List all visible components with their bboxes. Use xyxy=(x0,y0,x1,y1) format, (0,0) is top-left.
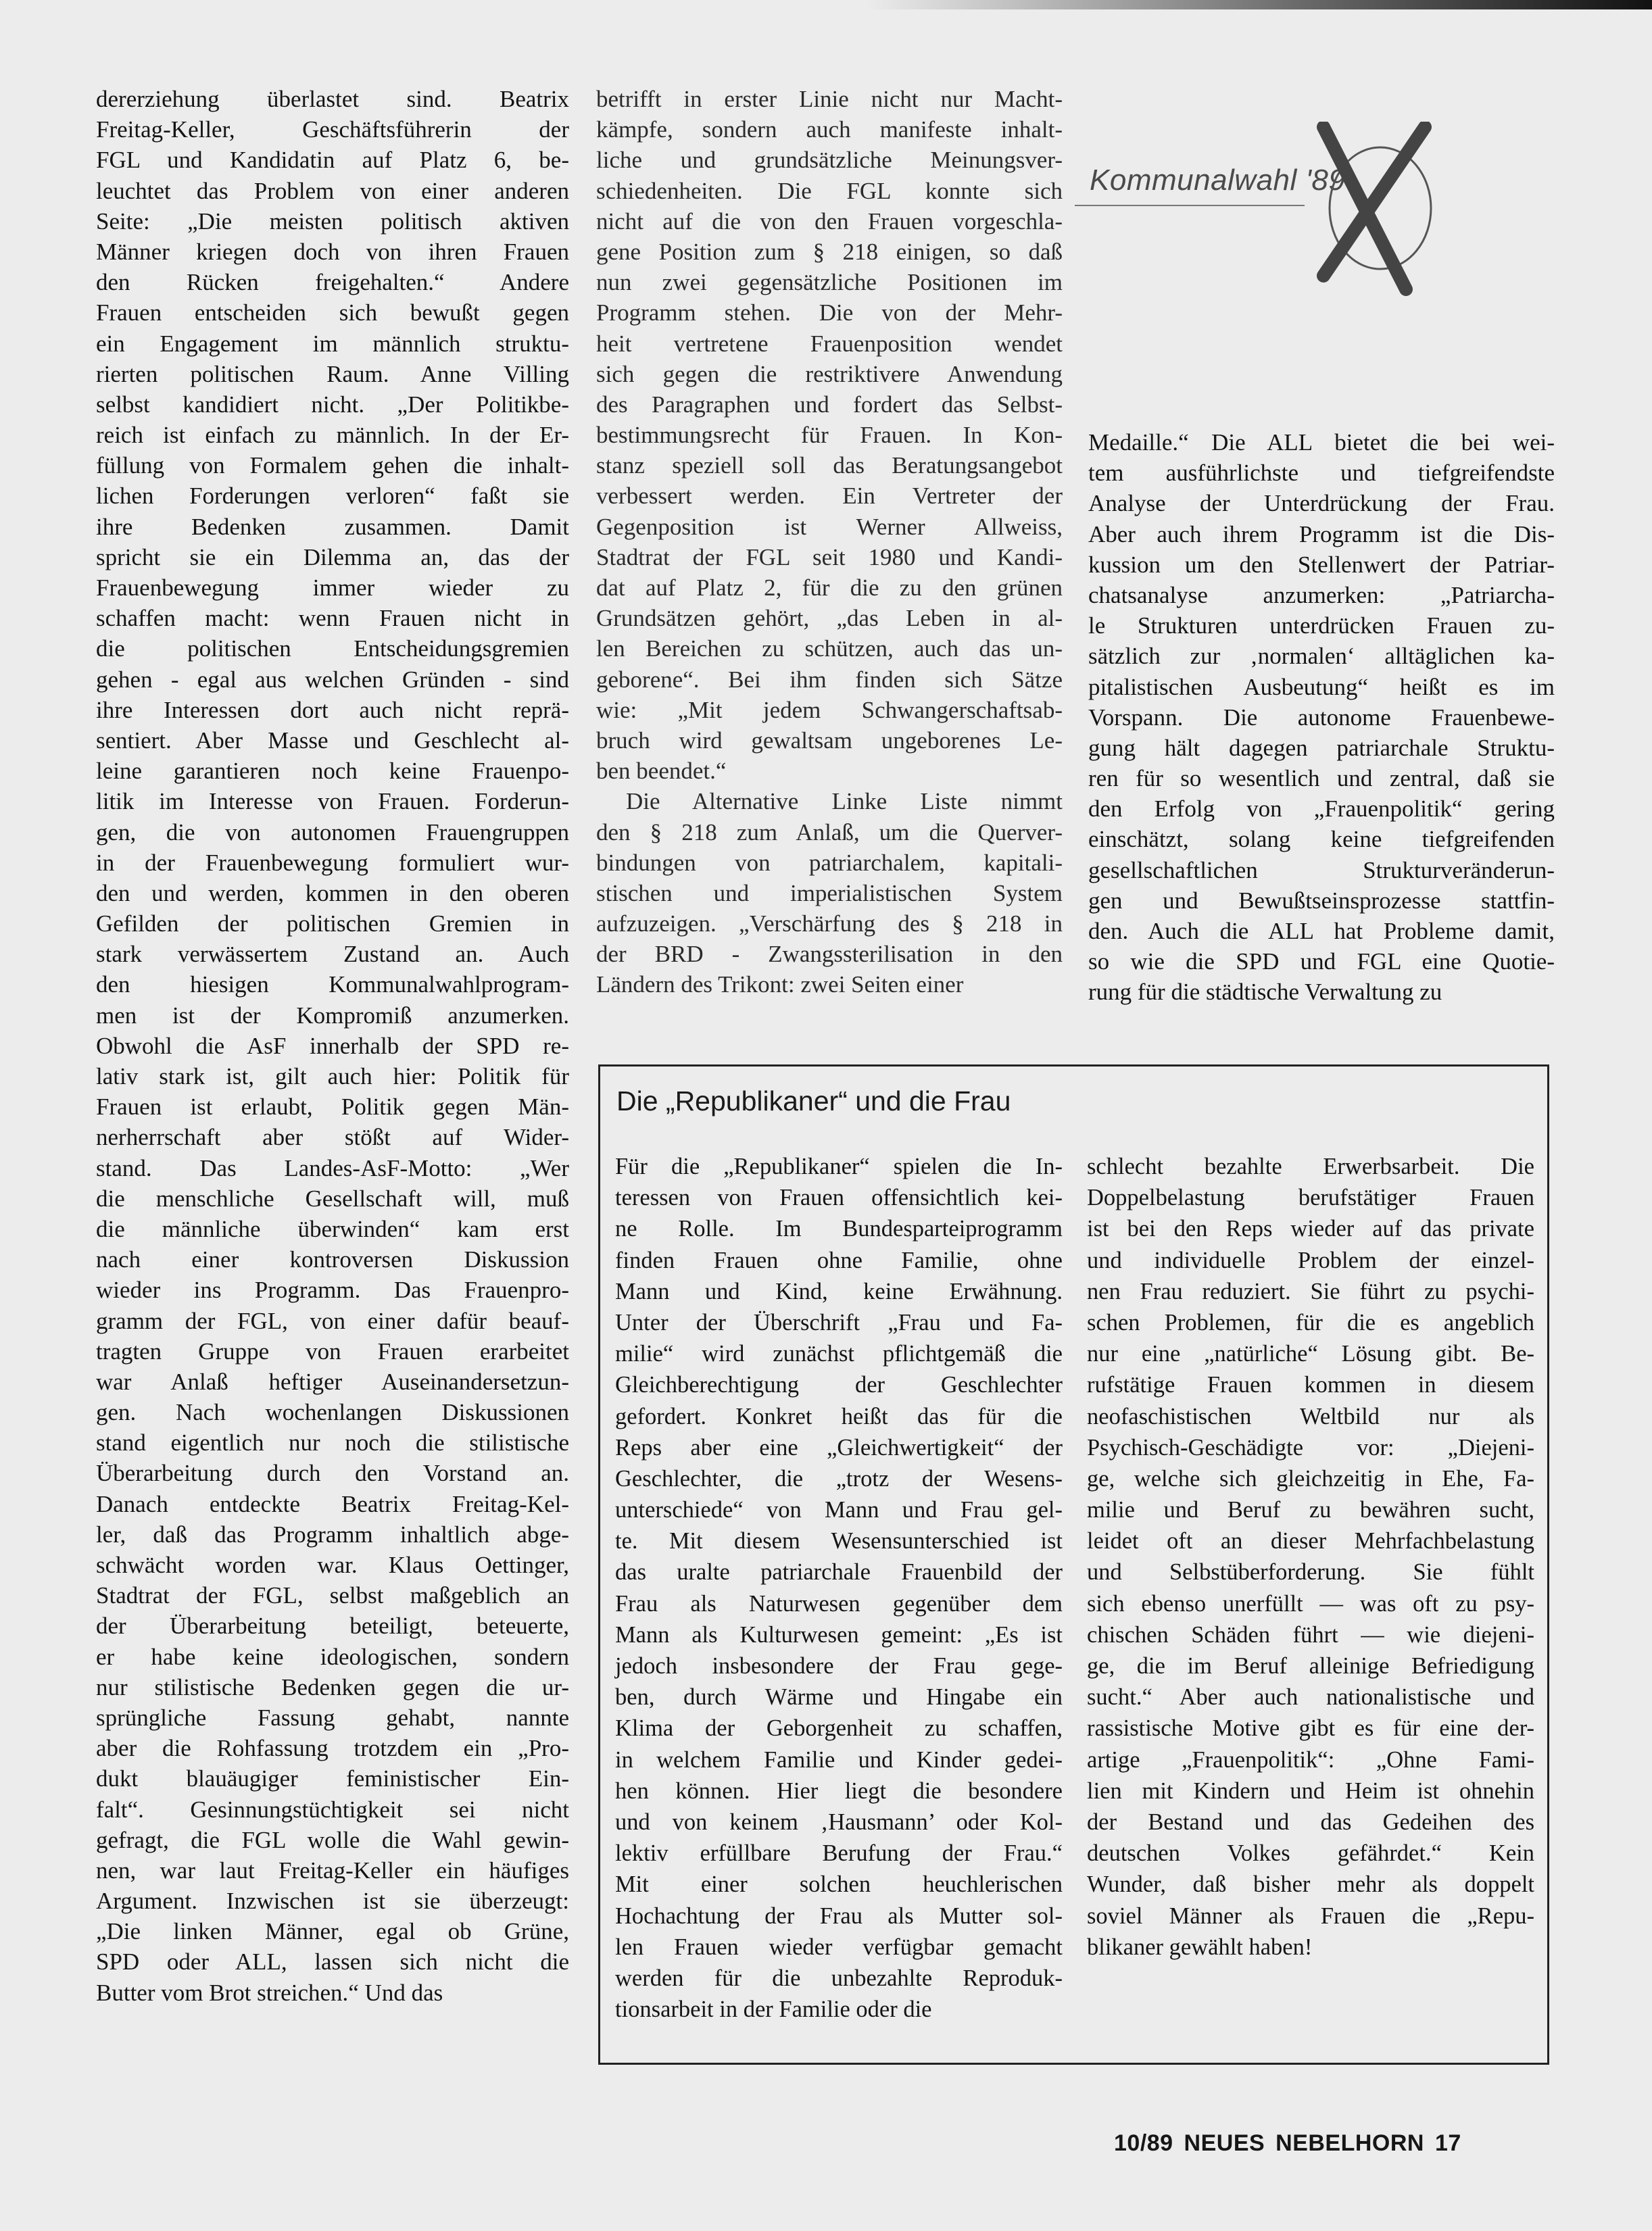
text-line: in welchem Familie und Kinder gedei- xyxy=(615,1744,1063,1775)
text-line: in der Frauenbewegung formuliert wur- xyxy=(96,848,569,878)
text-line: gen und Bewußtseinsprozesse stattfin- xyxy=(1088,885,1555,916)
text-line: ein Engagement im männlich struktu- xyxy=(96,328,569,359)
text-line: den Rücken freigehalten.“ Andere xyxy=(96,267,569,297)
text-line: Unter der Überschrift „Frau und Fa- xyxy=(615,1307,1063,1338)
text-line: Obwohl die AsF innerhalb der SPD re- xyxy=(96,1031,569,1061)
text-line: und von keinem ‚Hausmann’ oder Kol- xyxy=(615,1807,1063,1838)
text-line: der Überarbeitung beteiligt, beteuerte, xyxy=(96,1611,569,1641)
text-line: tragten Gruppe von Frauen erarbeitet xyxy=(96,1336,569,1367)
text-line: leuchtet das Problem von einer anderen xyxy=(96,176,569,206)
text-line: leine garantieren noch keine Frauenpo- xyxy=(96,756,569,786)
text-line: nur eine „natürliche“ Lösung gibt. Be- xyxy=(1087,1338,1534,1369)
text-line: sätzlich zur ‚normalen‘ alltäglichen ka- xyxy=(1088,641,1555,671)
text-line: ler, daß das Programm inhaltlich abge- xyxy=(96,1519,569,1550)
text-line: chischen Schäden führt — wie diejeni- xyxy=(1087,1619,1534,1650)
text-line: ben, durch Wärme und Hingabe ein xyxy=(615,1682,1063,1713)
text-line: sich gegen die restriktivere Anwendung xyxy=(596,359,1063,389)
text-line: Frauen entscheiden sich bewußt gegen xyxy=(96,297,569,328)
text-line: ist bei den Reps wieder auf das private xyxy=(1087,1213,1534,1244)
text-line: der BRD - Zwangssterilisation in den xyxy=(596,939,1063,969)
page-footer: 10/89 NEUES NEBELHORN 17 xyxy=(1114,2130,1461,2157)
text-line: nur stilistische Bedenken gegen die ur- xyxy=(96,1672,569,1702)
text-line: lativ stark ist, gilt auch hier: Politik… xyxy=(96,1061,569,1092)
text-line: bindungen von patriarchalem, kapitali- xyxy=(596,848,1063,878)
text-line: dat auf Platz 2, für die zu den grünen xyxy=(596,572,1063,603)
text-line: betrifft in erster Linie nicht nur Macht… xyxy=(596,84,1063,114)
text-line: heit vertretene Frauenposition wendet xyxy=(596,328,1063,359)
text-line: jedoch insbesondere der Frau gege- xyxy=(615,1650,1063,1682)
text-line: gefragt, die FGL wolle die Wahl gewin- xyxy=(96,1825,569,1855)
text-line: unterschiede“ von Mann und Frau gel- xyxy=(615,1494,1063,1525)
text-line: Freitag-Keller, Geschäftsführerin der xyxy=(96,114,569,145)
text-line: den. Auch die ALL hat Probleme damit, xyxy=(1088,916,1555,946)
text-line: das uralte patriarchale Frauenbild der xyxy=(615,1556,1063,1588)
text-line: Reps aber eine „Gleichwertigkeit“ der xyxy=(615,1432,1063,1463)
text-line: einschätzt, solang keine tiefgreifenden xyxy=(1088,824,1555,854)
text-line: blikaner gewählt haben! xyxy=(1087,1932,1534,1963)
text-line: und individuelle Problem der einzel- xyxy=(1087,1245,1534,1276)
text-line: spricht sie ein Dilemma an, das der xyxy=(96,542,569,572)
text-line: gung hält dagegen patriarchale Struktu- xyxy=(1088,733,1555,763)
text-line: gefordert. Konkret heißt das für die xyxy=(615,1401,1063,1432)
text-line: schen Problemen, für die es angeblich xyxy=(1087,1307,1534,1338)
text-line: und Selbstüberforderung. Sie fühlt xyxy=(1087,1556,1534,1588)
text-line: stanz speziell soll das Beratungsangebot xyxy=(596,450,1063,481)
scan-edge-shadow xyxy=(865,0,1652,9)
text-line: rufstätige Frauen kommen in diesem xyxy=(1087,1369,1534,1400)
text-line: Stadtrat der FGL, selbst maßgeblich an xyxy=(96,1580,569,1611)
text-line: werden für die unbezahlte Reproduk- xyxy=(615,1963,1063,1994)
text-line: Frauenbewegung immer wieder zu xyxy=(96,572,569,603)
page-number: 17 xyxy=(1435,2130,1461,2156)
text-line: chatsanalyse anzumerken: „Patriarcha- xyxy=(1088,580,1555,610)
text-line: Argument. Inzwischen ist sie überzeugt: xyxy=(96,1886,569,1916)
text-line: nen, war laut Freitag-Keller ein häufige… xyxy=(96,1855,569,1886)
text-line: wieder ins Programm. Das Frauenpro- xyxy=(96,1275,569,1305)
text-line: Analyse der Unterdrückung der Frau. xyxy=(1088,488,1555,518)
text-line: milie und Beruf zu bewähren sucht, xyxy=(1087,1494,1534,1525)
text-line: len Frauen wieder verfügbar gemacht xyxy=(615,1932,1063,1963)
text-line: Die Alternative Linke Liste nimmt xyxy=(596,786,1063,816)
text-line: tionsarbeit in der Familie oder die xyxy=(615,1994,1063,2025)
text-line: nach einer kontroversen Diskussion xyxy=(96,1244,569,1275)
text-line: Seite: „Die meisten politisch aktiven xyxy=(96,206,569,237)
text-line: ge, die im Beruf alleinige Befriedigung xyxy=(1087,1650,1534,1682)
text-line: gen, die von autonomen Frauengruppen xyxy=(96,817,569,848)
text-line: den § 218 zum Anlaß, um die Querver- xyxy=(596,817,1063,848)
text-line: lektiv erfüllbare Berufung der Frau.“ xyxy=(615,1838,1063,1869)
text-line: Vorspann. Die autonome Frauenbewe- xyxy=(1088,702,1555,733)
text-line: „Die linken Männer, egal ob Grüne, xyxy=(96,1916,569,1946)
text-line: finden Frauen ohne Familie, ohne xyxy=(615,1245,1063,1276)
text-line: tem ausführlichste und tiefgreifendste xyxy=(1088,458,1555,488)
text-line: verbessert werden. Ein Vertreter der xyxy=(596,481,1063,511)
text-line: aufzuzeigen. „Verschärfung des § 218 in xyxy=(596,908,1063,939)
text-line: schlecht bezahlte Erwerbsarbeit. Die xyxy=(1087,1151,1534,1182)
text-line: bestimmungsrecht für Frauen. In Kon- xyxy=(596,420,1063,450)
text-line: Männer kriegen doch von ihren Frauen xyxy=(96,237,569,267)
text-line: gene Position zum § 218 einigen, so daß xyxy=(596,237,1063,267)
text-line: Gleichberechtigung der Geschlechter xyxy=(615,1369,1063,1400)
text-line: den hiesigen Kommunalwahlprogram- xyxy=(96,969,569,1000)
text-line: war Anlaß heftiger Auseinandersetzun- xyxy=(96,1367,569,1397)
text-line: Stadtrat der FGL seit 1980 und Kandi- xyxy=(596,542,1063,572)
text-line: stark verwässertem Zustand an. Auch xyxy=(96,939,569,969)
text-line: Wunder, daß bisher mehr als doppelt xyxy=(1087,1869,1534,1900)
text-line: te. Mit diesem Wesensunterschied ist xyxy=(615,1525,1063,1556)
text-line: Mann als Kulturwesen gemeint: „Es ist xyxy=(615,1619,1063,1650)
text-line: die männliche überwinden“ kam erst xyxy=(96,1214,569,1244)
section-logo: Kommunalwahl '89 xyxy=(1075,122,1595,324)
text-line: schiedenheiten. Die FGL konnte sich xyxy=(596,176,1063,206)
text-line: Überarbeitung durch den Vorstand an. xyxy=(96,1458,569,1488)
text-line: aber die Rohfassung trotzdem ein „Pro- xyxy=(96,1733,569,1763)
text-line: FGL und Kandidatin auf Platz 6, be- xyxy=(96,145,569,175)
text-line: ihre Interessen dort auch nicht reprä- xyxy=(96,695,569,725)
text-line: Medaille.“ Die ALL bietet die bei wei- xyxy=(1088,427,1555,458)
text-line: der Bestand und das Gedeihen des xyxy=(1087,1807,1534,1838)
text-line: nun zwei gegensätzliche Positionen im xyxy=(596,267,1063,297)
text-line: des Paragraphen und fordert das Selbst- xyxy=(596,389,1063,420)
text-line: Für die „Republikaner“ spielen die In- xyxy=(615,1151,1063,1182)
text-line: geborene“. Bei ihm finden sich Sätze xyxy=(596,664,1063,695)
text-line: Mann und Kind, keine Erwähnung. xyxy=(615,1276,1063,1307)
text-line: leidet oft an dieser Mehrfachbelastung xyxy=(1087,1525,1534,1556)
text-line: so wie die SPD und FGL eine Quotie- xyxy=(1088,946,1555,977)
text-line: gehen - egal aus welchen Gründen - sind xyxy=(96,664,569,695)
text-line: Mit einer solchen heuchlerischen xyxy=(615,1869,1063,1900)
text-line: rassistische Motive gibt es für eine der… xyxy=(1087,1713,1534,1744)
text-line: sprüngliche Fassung gehabt, nannte xyxy=(96,1702,569,1733)
text-line: Gefilden der politischen Gremien in xyxy=(96,908,569,939)
ballot-cross-in-circle-icon xyxy=(1305,122,1453,297)
text-line: Frauen ist erlaubt, Politik gegen Män- xyxy=(96,1092,569,1122)
text-line: nen Frau reduziert. Sie führt zu psychi- xyxy=(1087,1276,1534,1307)
text-line: die menschliche Gesellschaft will, muß xyxy=(96,1183,569,1214)
text-line: lichen Forderungen verloren“ faßt sie xyxy=(96,481,569,511)
text-line: sich ebenso unerfüllt — was oft zu psy- xyxy=(1087,1588,1534,1619)
publication-name: NEUES NEBELHORN xyxy=(1184,2130,1424,2156)
text-line: gramm der FGL, von einer dafür beauf- xyxy=(96,1306,569,1336)
text-line: men ist der Kompromiß anzumerken. xyxy=(96,1000,569,1031)
text-line: pitalistischen Ausbeutung“ heißt es im xyxy=(1088,672,1555,702)
text-line: sentiert. Aber Masse und Geschlecht al- xyxy=(96,725,569,756)
sidebar-column-right: schlecht bezahlte Erwerbsarbeit. DieDopp… xyxy=(1087,1151,1534,1963)
text-line: litik im Interesse von Frauen. Forderun- xyxy=(96,786,569,816)
text-line: Gegenposition ist Werner Allweiss, xyxy=(596,512,1063,542)
text-line: Ländern des Trikont: zwei Seiten einer xyxy=(596,969,1063,1000)
article-column-middle: betrifft in erster Linie nicht nur Macht… xyxy=(596,84,1063,1000)
text-line: Psychisch-Geschädigte vor: „Diejeni- xyxy=(1087,1432,1534,1463)
text-line: stischen und imperialistischen System xyxy=(596,878,1063,908)
text-line: Doppelbelastung berufstätiger Frauen xyxy=(1087,1182,1534,1213)
text-line: den und werden, kommen in den oberen xyxy=(96,878,569,908)
text-line: gen. Nach wochenlangen Diskussionen xyxy=(96,1397,569,1427)
text-line: Aber auch ihrem Programm ist die Dis- xyxy=(1088,519,1555,549)
text-line: Programm stehen. Die von der Mehr- xyxy=(596,297,1063,328)
text-line: SPD oder ALL, lassen sich nicht die xyxy=(96,1946,569,1977)
text-line: falt“. Gesinnungstüchtigkeit sei nicht xyxy=(96,1794,569,1825)
text-line: nicht auf die von den Frauen vorgeschla- xyxy=(596,206,1063,237)
text-line: liche und grundsätzliche Meinungsver- xyxy=(596,145,1063,175)
text-line: gesellschaftlichen Strukturveränderun- xyxy=(1088,855,1555,885)
text-line: Danach entdeckte Beatrix Freitag-Kel- xyxy=(96,1489,569,1519)
text-line: dererziehung überlastet sind. Beatrix xyxy=(96,84,569,114)
text-line: reich ist einfach zu männlich. In der Er… xyxy=(96,420,569,450)
sidebar-box-title: Die „Republikaner“ und die Frau xyxy=(616,1085,1011,1117)
text-line: artige „Frauenpolitik“: „Ohne Fami- xyxy=(1087,1744,1534,1775)
text-line: hen können. Hier liegt die besondere xyxy=(615,1775,1063,1807)
text-line: Grundsätzen gehört, „das Leben in al- xyxy=(596,603,1063,633)
article-column-right: Medaille.“ Die ALL bietet die bei wei-te… xyxy=(1088,427,1555,1008)
text-line: Geschlechter, die „trotz der Wesens- xyxy=(615,1463,1063,1494)
text-line: selbst kandidiert nicht. „Der Politikbe- xyxy=(96,389,569,420)
issue-number: 10/89 xyxy=(1114,2130,1173,2156)
section-rule xyxy=(1075,205,1305,206)
text-line: rung für die städtische Verwaltung zu xyxy=(1088,977,1555,1007)
text-line: wie: „Mit jedem Schwangerschaftsab- xyxy=(596,695,1063,725)
text-line: neofaschistischen Weltbild nur als xyxy=(1087,1401,1534,1432)
text-line: len Bereichen zu schützen, auch das un- xyxy=(596,633,1063,664)
text-line: füllung von Formalem gehen die inhalt- xyxy=(96,450,569,481)
text-line: den Erfolg von „Frauenpolitik“ gering xyxy=(1088,793,1555,824)
text-line: deutschen Volkes gefährdet.“ Kein xyxy=(1087,1838,1534,1869)
text-line: ben beendet.“ xyxy=(596,756,1063,786)
text-line: nerherrschaft aber stößt auf Wider- xyxy=(96,1122,569,1152)
text-line: Butter vom Brot streichen.“ Und das xyxy=(96,1978,569,2008)
text-line: er habe keine ideologischen, sondern xyxy=(96,1642,569,1672)
text-line: kämpfe, sondern auch manifeste inhalt- xyxy=(596,114,1063,145)
sidebar-box-republikaner: Die „Republikaner“ und die Frau Für die … xyxy=(598,1064,1549,2065)
text-line: schaffen macht: wenn Frauen nicht in xyxy=(96,603,569,633)
text-line: schwächt worden war. Klaus Oettinger, xyxy=(96,1550,569,1580)
text-line: ren für so wesentlich und zentral, daß s… xyxy=(1088,763,1555,793)
text-line: sucht.“ Aber auch nationalistische und xyxy=(1087,1682,1534,1713)
text-line: Hochachtung der Frau als Mutter sol- xyxy=(615,1901,1063,1932)
text-line: stand eigentlich nur noch die stilistisc… xyxy=(96,1427,569,1458)
text-line: die politischen Entscheidungsgremien xyxy=(96,633,569,664)
text-line: rierten politischen Raum. Anne Villing xyxy=(96,359,569,389)
text-line: kussion um den Stellenwert der Patriar- xyxy=(1088,549,1555,580)
text-line: ihre Bedenken zusammen. Damit xyxy=(96,512,569,542)
text-line: lien mit Kindern und Heim ist ohnehin xyxy=(1087,1775,1534,1807)
text-line: ne Rolle. Im Bundesparteiprogramm xyxy=(615,1213,1063,1244)
text-line: bruch wird gewaltsam ungeborenes Le- xyxy=(596,725,1063,756)
text-line: milie“ wird zunächst pflichtgemäß die xyxy=(615,1338,1063,1369)
text-line: soviel Männer als Frauen die „Repu- xyxy=(1087,1901,1534,1932)
text-line: Klima der Geborgenheit zu schaffen, xyxy=(615,1713,1063,1744)
text-line: ge, welche sich gleichzeitig in Ehe, Fa- xyxy=(1087,1463,1534,1494)
article-column-left: dererziehung überlastet sind. BeatrixFre… xyxy=(96,84,569,2008)
text-line: Frau als Naturwesen gegenüber dem xyxy=(615,1588,1063,1619)
text-line: dukt blauäugiger feministischer Ein- xyxy=(96,1763,569,1794)
text-line: stand. Das Landes-AsF-Motto: „Wer xyxy=(96,1153,569,1183)
sidebar-column-left: Für die „Republikaner“ spielen die In-te… xyxy=(615,1151,1063,2025)
text-line: teressen von Frauen offensichtlich kei- xyxy=(615,1182,1063,1213)
text-line: le Strukturen unterdrücken Frauen zu- xyxy=(1088,610,1555,641)
